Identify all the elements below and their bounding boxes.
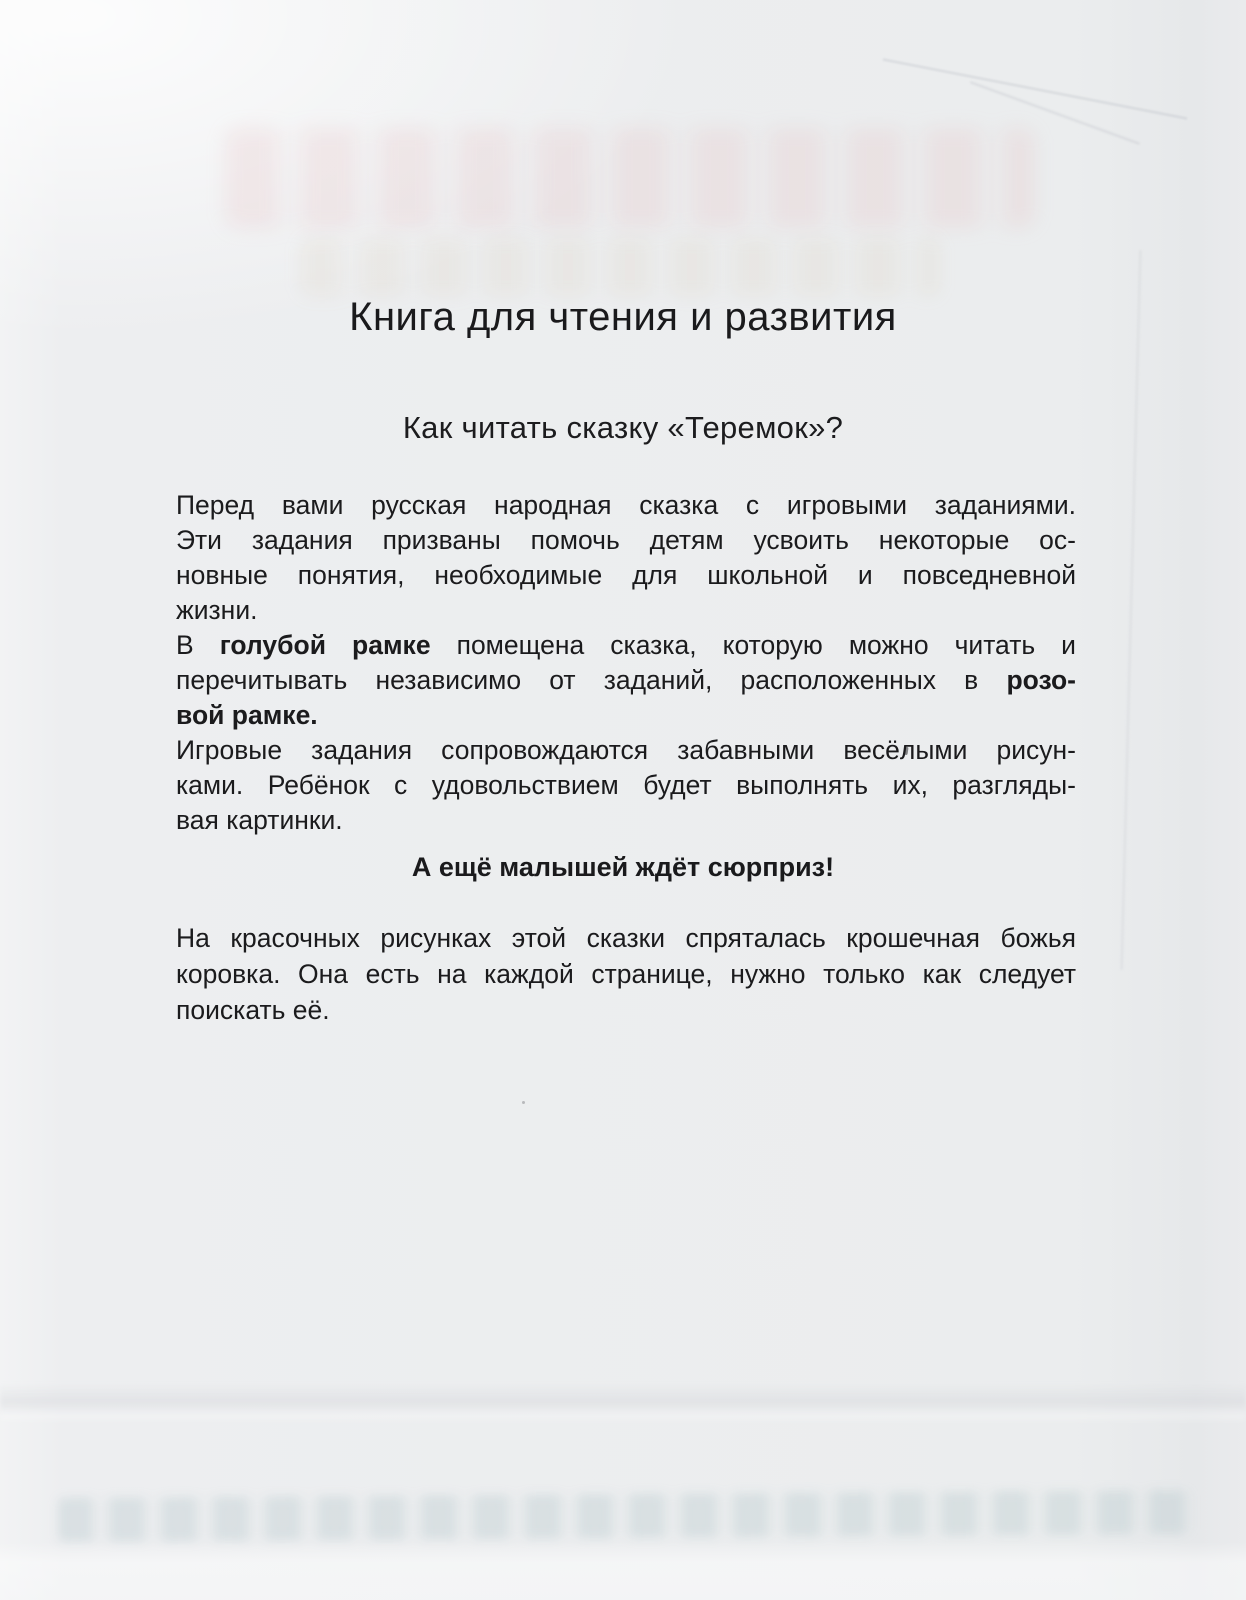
paragraph-2-line: В голубой рамке помещена сказка, которую… [176,628,1076,663]
crease-line [883,58,1188,119]
scanned-book-page: Книга для чтения и развития Как читать с… [0,0,1246,1600]
showthrough-bottom-text [58,1490,1193,1542]
paragraph-1-line: жизни. [176,593,1076,628]
paragraph-2-line: перечитывать независимо от заданий, расп… [176,663,1076,698]
surprise-heading: А ещё малышей ждёт сюрприз! [0,850,1246,884]
showthrough-top-title [225,128,1035,228]
paragraph-1-line: Эти задания призваны помочь детям усвоит… [176,523,1076,558]
paragraph-3-line: ками. Ребёнок с удовольствием будет выпо… [176,768,1076,803]
paragraph-3-line: Игровые задания сопровождаются забавными… [176,733,1076,768]
page-title: Книга для чтения и развития [0,293,1246,341]
paragraph-1-line: новные понятия, необходимые для школьной… [176,558,1076,593]
page-subtitle: Как читать сказку «Теремок»? [0,409,1246,447]
intro-paragraphs: Перед вами русская народная сказка с игр… [176,488,1076,838]
paragraph-4-line: На красочных рисунках этой сказки спрята… [176,920,1076,956]
paragraph-4-line: коровка. Она есть на каждой странице, ну… [176,956,1076,992]
bold-emphasis-pink-frame: розо- [1006,665,1076,695]
page-edge-highlight [0,1542,1246,1600]
paragraph-4-line: поискать её. [176,992,1076,1028]
text-run: перечитывать независимо от заданий, расп… [176,665,1006,695]
paragraph-2-line: вой рамке. [176,698,1076,733]
ladybug-paragraph: На красочных рисунках этой сказки спрята… [176,920,1076,1028]
text-run: помещена сказка, которую можно читать и [431,630,1076,660]
text-run: В [176,630,220,660]
dust-speck [522,1101,525,1104]
paragraph-3-line: вая картинки. [176,803,1076,838]
bold-emphasis-blue-frame: голубой рамке [220,630,431,660]
showthrough-top-subtitle [300,238,940,296]
paper-fold-shadow [0,1384,1246,1424]
paragraph-1-line: Перед вами русская народная сказка с игр… [176,488,1076,523]
